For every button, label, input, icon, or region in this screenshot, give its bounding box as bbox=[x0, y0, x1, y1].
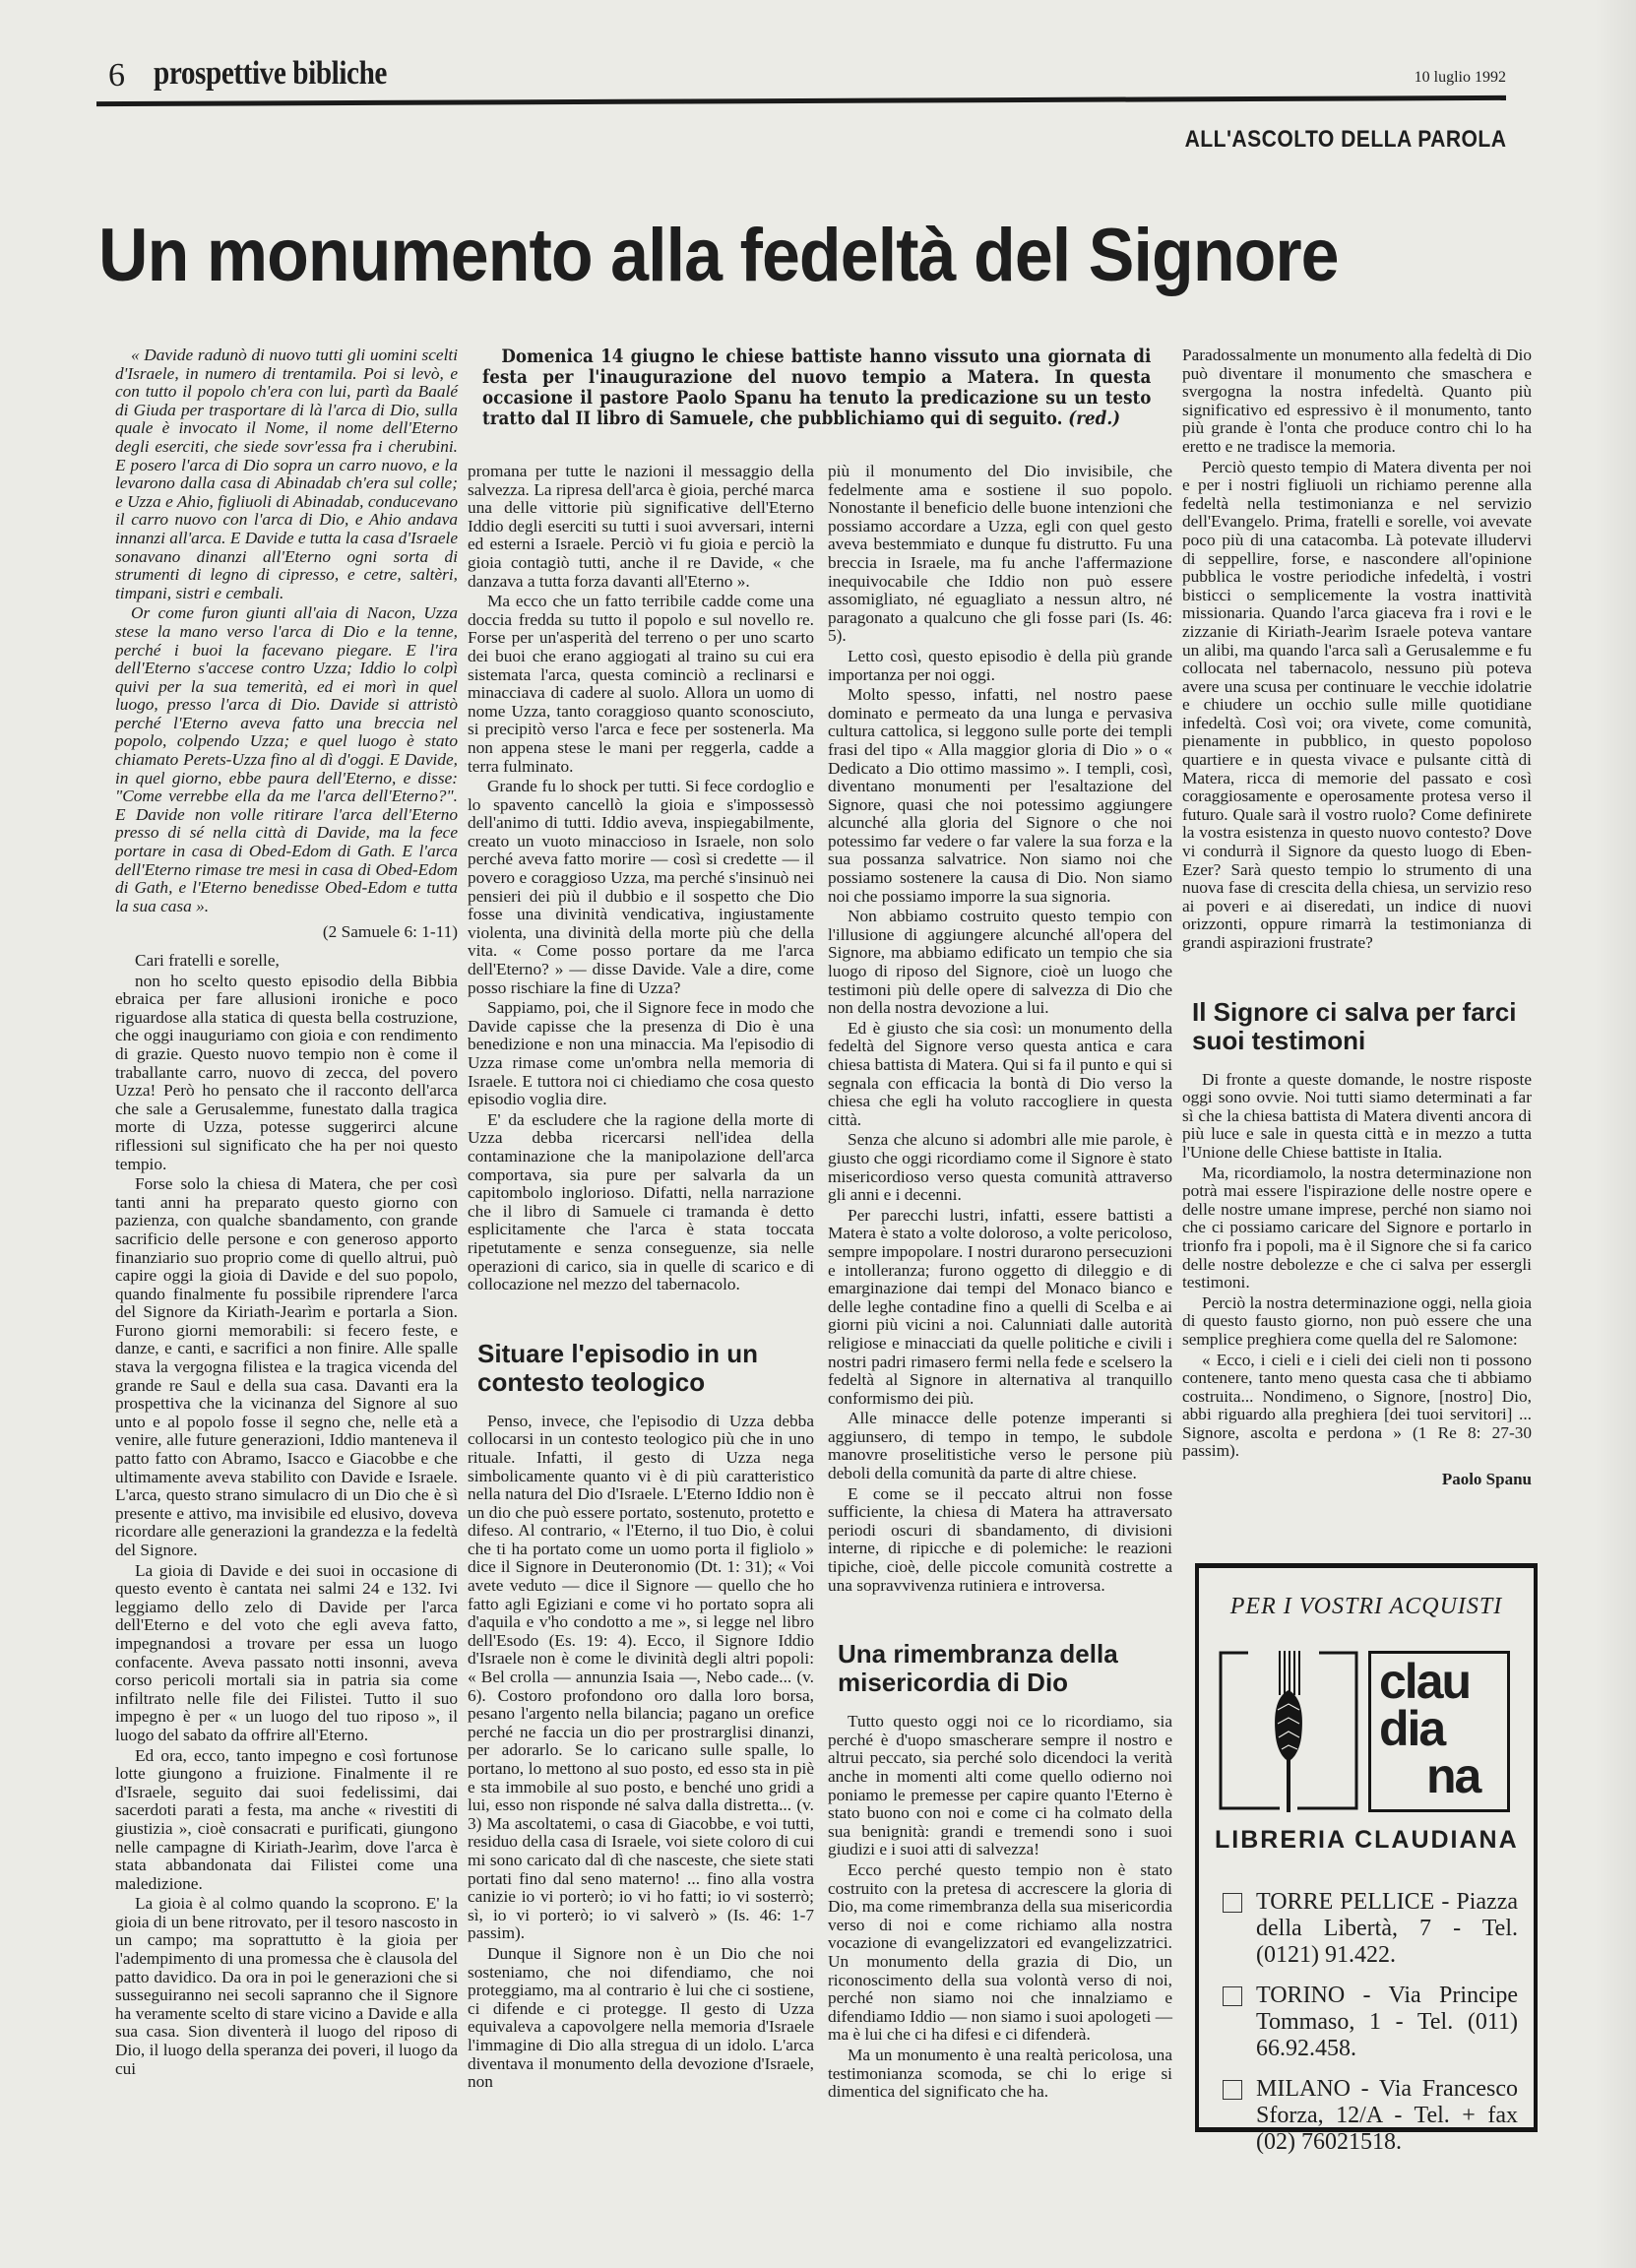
scripture-citation: (2 Samuele 6: 1-11) bbox=[115, 923, 458, 942]
store-list: TORRE PELLICE - Piazza della Libertà, 7 … bbox=[1223, 1889, 1518, 2170]
body-paragraph: Alle minacce delle potenze imperanti si … bbox=[828, 1410, 1172, 1482]
headline: Un monumento alla fedeltà del Signore bbox=[98, 219, 1403, 293]
intro-standfirst: Domenica 14 giugno le chiese battiste ha… bbox=[482, 346, 1151, 429]
intro-credit: (red.) bbox=[1068, 408, 1120, 429]
subheading-theological-context: Situare l'episodio in un contesto teolog… bbox=[477, 1340, 814, 1397]
claudiana-logo: clau dia na bbox=[1368, 1651, 1510, 1812]
body-paragraph: E come se il peccato altrui non fosse su… bbox=[828, 1485, 1172, 1596]
body-paragraph: Perciò questo tempio di Matera diventa p… bbox=[1182, 459, 1532, 953]
body-paragraph: « Ecco, i cieli e i cieli dei cieli non … bbox=[1182, 1352, 1532, 1462]
body-paragraph: Senza che alcuno si adombri alle mie par… bbox=[828, 1131, 1172, 1204]
subheading-witnesses: Il Signore ci salva per farci suoi testi… bbox=[1192, 998, 1532, 1055]
checkbox[interactable] bbox=[1223, 1986, 1242, 2006]
section-label: ALL'ASCOLTO DELLA PAROLA bbox=[1184, 126, 1506, 154]
column-4: Paradossalmente un monumento alla fedelt… bbox=[1182, 346, 1532, 1489]
store-item-milano: MILANO - Via Francesco Sforza, 12/A - Te… bbox=[1223, 2076, 1518, 2156]
page-number: 6 bbox=[108, 57, 125, 94]
body-paragraph: Grande fu lo shock per tutti. Si fece co… bbox=[468, 778, 814, 997]
issue-date: 10 luglio 1992 bbox=[1415, 69, 1506, 87]
scripture-paragraph: « Davide radunò di nuovo tutti gli uomin… bbox=[115, 346, 458, 602]
body-paragraph: La gioia è al colmo quando la scoprono. … bbox=[115, 1895, 458, 2078]
body-paragraph: Penso, invece, che l'episodio di Uzza de… bbox=[468, 1413, 814, 1943]
body-paragraph: Paradossalmente un monumento alla fedelt… bbox=[1182, 346, 1532, 457]
author-signature: Paolo Spanu bbox=[1182, 1471, 1532, 1489]
body-paragraph: Perciò la nostra determinazione oggi, ne… bbox=[1182, 1294, 1532, 1350]
body-paragraph: Dunque il Signore non è un Dio che noi s… bbox=[468, 1945, 814, 2092]
body-paragraph: Ed ora, ecco, tanto impegno e così fortu… bbox=[115, 1747, 458, 1894]
store-address: MILANO - Via Francesco Sforza, 12/A - Te… bbox=[1256, 2076, 1518, 2156]
newspaper-page: 6 prospettive bibliche 10 luglio 1992 AL… bbox=[0, 0, 1636, 2268]
column-1: « Davide radunò di nuovo tutti gli uomin… bbox=[115, 346, 458, 2080]
logo-line: na bbox=[1379, 1752, 1479, 1799]
body-paragraph: La gioia di Davide e dei suoi in occasio… bbox=[115, 1562, 458, 1745]
body-paragraph: Ed è giusto che sia così: un monumento d… bbox=[828, 1020, 1172, 1130]
salutation: Cari fratelli e sorelle, bbox=[115, 952, 458, 971]
scripture-quote: « Davide radunò di nuovo tutti gli uomin… bbox=[115, 346, 458, 915]
body-paragraph: Ma un monumento è una realtà pericolosa,… bbox=[828, 2047, 1172, 2102]
body-paragraph: Di fronte a queste domande, le nostre ri… bbox=[1182, 1071, 1532, 1163]
body-paragraph: Tutto questo oggi noi ce lo ricordiamo, … bbox=[828, 1713, 1172, 1859]
wheat-ear-icon bbox=[1219, 1651, 1358, 1791]
store-item-torino: TORINO - Via Principe Tommaso, 1 - Tel. … bbox=[1223, 1983, 1518, 2062]
masthead: 6 prospettive bibliche 10 luglio 1992 bbox=[98, 55, 1506, 98]
body-paragraph: Non abbiamo costruito questo tempio con … bbox=[828, 908, 1172, 1018]
checkbox[interactable] bbox=[1223, 2080, 1242, 2100]
store-address: TORINO - Via Principe Tommaso, 1 - Tel. … bbox=[1256, 1983, 1518, 2062]
store-item-torre-pellice: TORRE PELLICE - Piazza della Libertà, 7 … bbox=[1223, 1889, 1518, 1969]
brand-name: LIBRERIA CLAUDIANA bbox=[1215, 1826, 1519, 1855]
body-paragraph: Per parecchi lustri, infatti, essere bat… bbox=[828, 1207, 1172, 1409]
scripture-paragraph: Or come furon giunti all'aia di Nacon, U… bbox=[115, 604, 458, 915]
subheading-mercy-remembrance: Una rimembranza della misericordia di Di… bbox=[838, 1640, 1172, 1697]
body-paragraph: Sappiamo, poi, che il Signore fece in mo… bbox=[468, 999, 814, 1109]
body-paragraph: Letto così, questo episodio è della più … bbox=[828, 648, 1172, 684]
bookstore-advertisement: PER I VOSTRI ACQUISTI bbox=[1195, 1563, 1538, 2132]
body-paragraph: E' da escludere che la ragione della mor… bbox=[468, 1111, 814, 1294]
publication-name: prospettive bibliche bbox=[154, 55, 387, 93]
body-paragraph: Ecco perché questo tempio non è stato co… bbox=[828, 1861, 1172, 2045]
body-paragraph: Forse solo la chiesa di Matera, che per … bbox=[115, 1175, 458, 1559]
checkbox[interactable] bbox=[1223, 1893, 1242, 1913]
logo-line: clau bbox=[1379, 1658, 1479, 1705]
column-3: più il monumento del Dio invisibile, che… bbox=[828, 463, 1172, 2104]
body-paragraph: Ma, ricordiamolo, la nostra determinazio… bbox=[1182, 1165, 1532, 1292]
logo-line: dia bbox=[1379, 1705, 1479, 1752]
body-paragraph: più il monumento del Dio invisibile, che… bbox=[828, 463, 1172, 646]
page-edge-shadow bbox=[1595, 0, 1636, 2268]
ad-tagline: PER I VOSTRI ACQUISTI bbox=[1199, 1594, 1534, 1620]
body-paragraph: Molto spesso, infatti, nel nostro paese … bbox=[828, 686, 1172, 906]
intro-text: Domenica 14 giugno le chiese battiste ha… bbox=[482, 346, 1151, 429]
body-paragraph: promana per tutte le nazioni il messaggi… bbox=[468, 463, 814, 591]
body-paragraph: Ma ecco che un fatto terribile cadde com… bbox=[468, 593, 814, 776]
body-paragraph: non ho scelto questo episodio della Bibb… bbox=[115, 973, 458, 1174]
column-2: promana per tutte le nazioni il messaggi… bbox=[468, 463, 814, 2094]
store-address: TORRE PELLICE - Piazza della Libertà, 7 … bbox=[1256, 1889, 1518, 1969]
